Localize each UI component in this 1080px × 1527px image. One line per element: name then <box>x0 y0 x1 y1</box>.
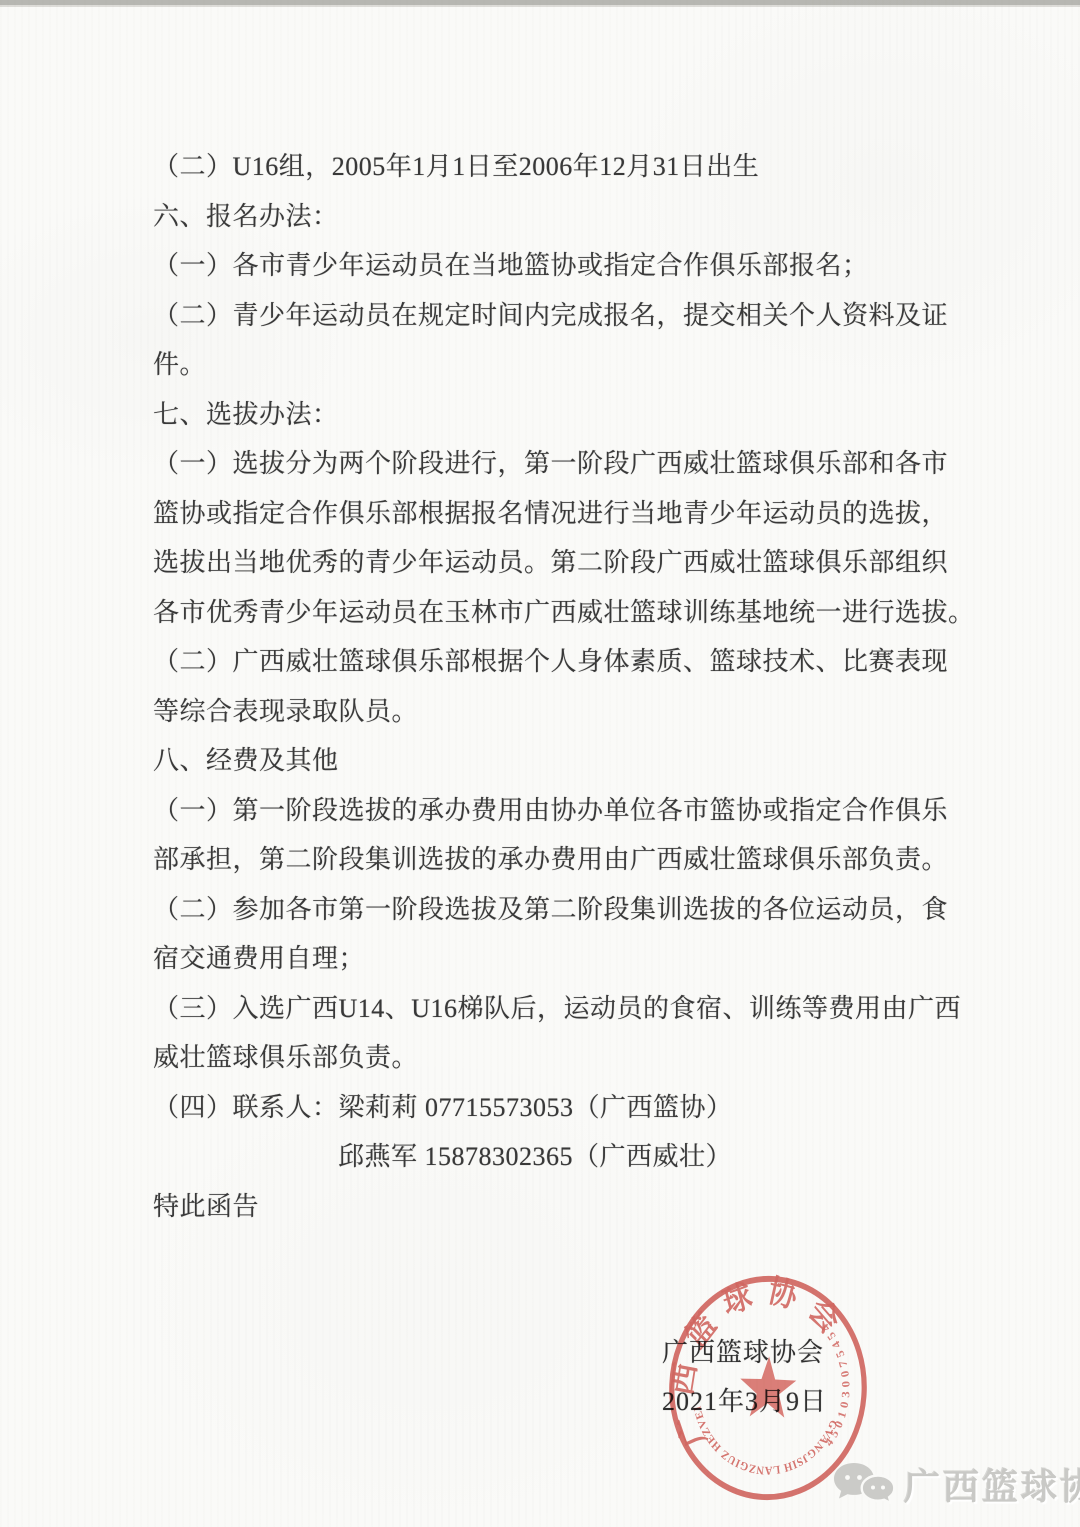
letter-line: （二）青少年运动员在规定时间内完成报名，提交相关个人资料及证 <box>153 291 972 341</box>
letter-line: 特此函告 <box>153 1182 972 1232</box>
letter-line: （一）各市青少年运动员在当地篮协或指定合作俱乐部报名； <box>153 241 972 291</box>
letter-line: 宿交通费用自理； <box>153 934 972 984</box>
letter-line: 篮协或指定合作俱乐部根据报名情况进行当地青少年运动员的选拔， <box>153 489 972 539</box>
seal-star-icon <box>739 1356 797 1418</box>
letter-line: 六、报名办法： <box>153 192 972 242</box>
letter-line: （二）参加各市第一阶段选拔及第二阶段集训选拔的各位运动员，食 <box>153 885 972 935</box>
scan-edge-top <box>0 0 1080 7</box>
letter-line: 等综合表现录取队员。 <box>153 687 972 737</box>
letter-line: 选拔出当地优秀的青少年运动员。第二阶段广西威壮篮球俱乐部组织 <box>153 538 972 588</box>
letter-line: （二）U16组，2005年1月1日至2006年12月31日出生 <box>153 142 972 192</box>
letter-line: 威壮篮球俱乐部负责。 <box>153 1033 972 1083</box>
letter-line: 邱燕军 15878302365（广西威壮） <box>153 1132 972 1182</box>
watermark-label: 广西篮球协会 <box>904 1459 1080 1510</box>
letter-line: 八、经费及其他 <box>153 736 972 786</box>
letter-line: （一）选拔分为两个阶段进行，第一阶段广西威壮篮球俱乐部和各市 <box>153 439 972 489</box>
letter-line: （四）联系人：梁莉莉 07715573053（广西篮协） <box>153 1083 972 1133</box>
letter-line: （一）第一阶段选拔的承办费用由协办单位各市篮协或指定合作俱乐 <box>153 786 972 836</box>
scanned-letter-page: （二）U16组，2005年1月1日至2006年12月31日出生 六、报名办法： … <box>0 0 1080 1527</box>
letter-line: 七、选拔办法： <box>153 390 972 440</box>
letter-line: 各市优秀青少年运动员在玉林市广西威壮篮球训练基地统一进行选拔。 <box>153 588 972 638</box>
letter-line: 件。 <box>153 340 972 390</box>
seal-serial-number: 4501030075454 <box>812 1317 855 1449</box>
letter-line: 部承担，第二阶段集训选拔的承办费用由广西威壮篮球俱乐部负责。 <box>153 835 972 885</box>
letter-line: （二）广西威壮篮球俱乐部根据个人身体素质、篮球技术、比赛表现 <box>153 637 972 687</box>
watermark: 广西篮球协会 <box>832 1458 1080 1510</box>
letter-line: （三）入选广西U14、U16梯队后，运动员的食宿、训练等费用由广西 <box>153 984 972 1034</box>
letter-body: （二）U16组，2005年1月1日至2006年12月31日出生 六、报名办法： … <box>153 142 972 1231</box>
seal-arc-bottom-text: GVANGJSIH LANZGIUZ HEZVEI <box>690 1404 840 1479</box>
chat-bubbles-icon <box>832 1458 896 1510</box>
